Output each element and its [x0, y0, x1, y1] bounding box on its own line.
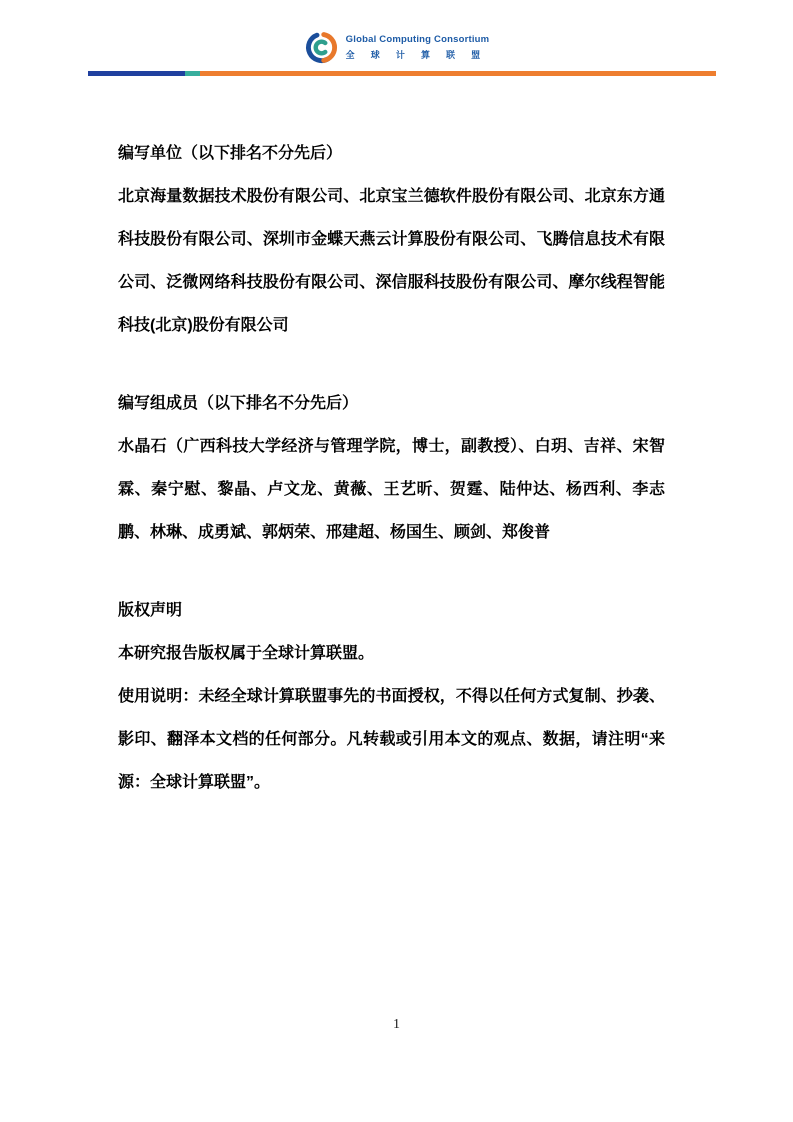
section-heading: 版权声明 [118, 589, 665, 632]
section-heading: 编写单位（以下排名不分先后） [118, 132, 665, 175]
section-copyright: 版权声明 本研究报告版权属于全球计算联盟。 使用说明：未经全球计算联盟事先的书面… [118, 589, 665, 804]
paragraph: 使用说明：未经全球计算联盟事先的书面授权，不得以任何方式复制、抄袭、影印、翻泽本… [118, 675, 665, 804]
divider-segment-teal [185, 71, 200, 76]
page-number: 1 [393, 1017, 400, 1032]
document-page: Global Computing Consortium 全 球 计 算 联 盟 … [0, 0, 793, 1122]
divider-segment-blue [88, 71, 185, 76]
section-writing-units: 编写单位（以下排名不分先后） 北京海量数据技术股份有限公司、北京宝兰德软件股份有… [118, 132, 665, 347]
section-heading: 编写组成员（以下排名不分先后） [118, 382, 665, 425]
logo-orange-arc [323, 35, 334, 61]
header: Global Computing Consortium 全 球 计 算 联 盟 [0, 30, 793, 65]
document-content: 编写单位（以下排名不分先后） 北京海量数据技术股份有限公司、北京宝兰德软件股份有… [118, 132, 665, 804]
footer: 1 [0, 1015, 793, 1033]
divider-segment-orange [200, 71, 716, 76]
section-writing-members: 编写组成员（以下排名不分先后） 水晶石（广西科技大学经济与管理学院，博士，副教授… [118, 382, 665, 554]
paragraph: 北京海量数据技术股份有限公司、北京宝兰德软件股份有限公司、北京东方通科技股份有限… [118, 175, 665, 347]
paragraph: 本研究报告版权属于全球计算联盟。 [118, 632, 665, 675]
header-divider [88, 71, 716, 76]
paragraph: 水晶石（广西科技大学经济与管理学院，博士，副教授）、白玥、吉祥、宋智霖、秦宁慰、… [118, 425, 665, 554]
logo-blue-arc [308, 35, 328, 60]
gcc-logo-icon [304, 30, 339, 65]
gcc-logo-text: Global Computing Consortium 全 球 计 算 联 盟 [346, 34, 490, 61]
logo-title: Global Computing Consortium [346, 34, 490, 45]
logo-subtitle: 全 球 计 算 联 盟 [346, 48, 490, 61]
logo-teal-c [315, 42, 325, 54]
